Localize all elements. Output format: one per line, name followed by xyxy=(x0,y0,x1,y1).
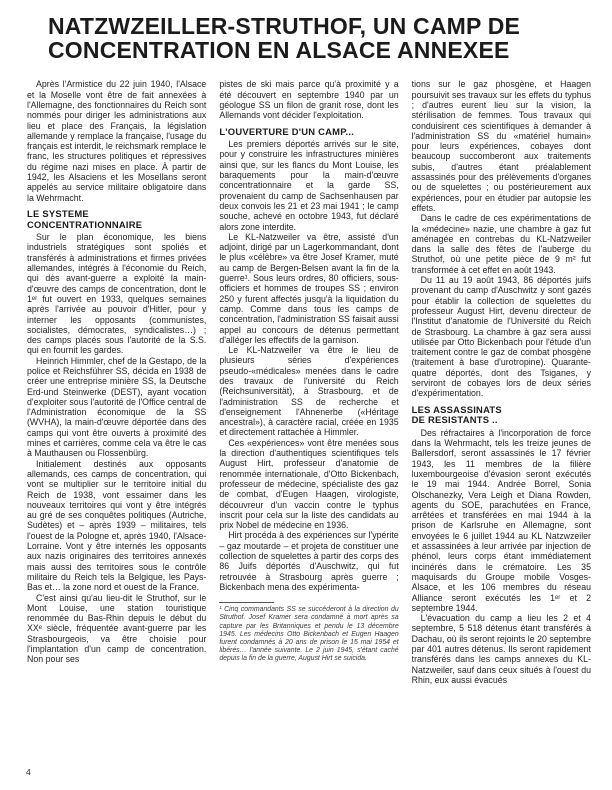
paragraph: Sur le plan économique, les biens indust… xyxy=(27,232,206,356)
paragraph: Après l'Armistice du 22 juin 1940, l'Als… xyxy=(27,79,206,203)
article-body: Après l'Armistice du 22 juin 1940, l'Als… xyxy=(0,62,612,685)
page-number: 4 xyxy=(26,767,31,777)
paragraph: Dans le cadre de ces expérimentations de… xyxy=(412,213,591,275)
paragraph: Heinrich Himmler, chef de la Gestapo, de… xyxy=(27,356,206,459)
paragraph: L'évacuation du camp a lieu les 2 et 4 s… xyxy=(412,613,591,685)
section-heading: LES ASSASSINATS DE RESISTANTS .. xyxy=(412,405,591,426)
paragraph: Le KL-Natzweiler va être, assisté d'un a… xyxy=(219,232,398,345)
text-column-2: pistes de ski mais parce qu'à proximité … xyxy=(219,79,398,685)
page-title: NATZWZEILLER-STRUTHOF, UN CAMP DE CONCEN… xyxy=(48,15,592,62)
section-heading: LE SYSTEME CONCENTRATIONNAIRE xyxy=(27,209,206,230)
section-heading: L'OUVERTURE D'UN CAMP... xyxy=(219,127,398,138)
paragraph: C'est ainsi qu'au lieu-dit le Struthof, … xyxy=(27,593,206,665)
text-column-3: tions sur le gaz phosgène, et Haagen pou… xyxy=(412,79,591,685)
paragraph: Ces «expériences» vont être menées sous … xyxy=(219,438,398,531)
paragraph: pistes de ski mais parce qu'à proximité … xyxy=(219,79,398,120)
paragraph: Du 11 au 19 août 1943, 86 déportés juifs… xyxy=(412,275,591,399)
text-column-1: Après l'Armistice du 22 juin 1940, l'Als… xyxy=(27,79,206,685)
paragraph: Hirt procéda à des expériences sur l'ypé… xyxy=(219,530,398,592)
paragraph: tions sur le gaz phosgène, et Haagen pou… xyxy=(412,79,591,213)
paragraph: Des réfractaires à l'incorporation de fo… xyxy=(412,428,591,613)
footnote: ¹ Cinq commandants SS se succéderont à l… xyxy=(219,602,398,663)
document-page: NATZWZEILLER-STRUTHOF, UN CAMP DE CONCEN… xyxy=(0,0,612,790)
paragraph: Les premiers déportés arrivés sur le sit… xyxy=(219,139,398,232)
paragraph: Le KL-Natzweiler va être le lieu de plus… xyxy=(219,345,398,438)
paragraph: Initialement destinés aux opposants alle… xyxy=(27,459,206,593)
